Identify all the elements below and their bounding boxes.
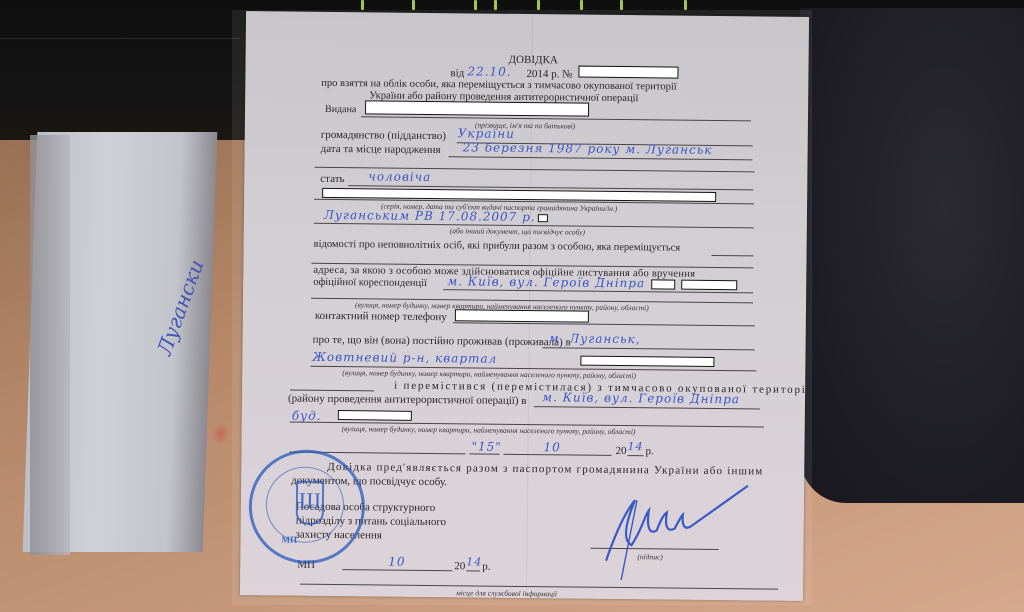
residence-caption: (вулиця, номер будинку, номер квартири, … (342, 368, 636, 380)
move-date-r: р. (645, 445, 653, 457)
certificate-document: ДОВІДКА від 22.10. 2014 р. № про взяття … (240, 11, 809, 601)
keyboard-led (620, 0, 623, 10)
move-day-line (469, 453, 499, 454)
citizenship-label: громадянство (підданство) (321, 129, 446, 142)
keyboard-led (537, 0, 540, 10)
birth-label: дата та місце народження (321, 143, 441, 156)
trident-icon: Ш (296, 481, 324, 525)
redacted-moved-address (338, 410, 412, 421)
stamp-label: МП (281, 534, 297, 544)
keyboard-edge (0, 38, 240, 39)
signature-icon (596, 470, 757, 582)
move-year-line (627, 455, 643, 456)
issued-label: Видана (325, 104, 356, 115)
residence-line (543, 347, 755, 350)
birth-value: 23 березня 1987 року м. Луганськ (463, 140, 713, 157)
sign-date-year-prefix: 20 (454, 560, 465, 572)
phone-line (453, 322, 755, 326)
issue-year: 2014 р. № (526, 68, 572, 80)
move-date-day: "15" (471, 439, 501, 453)
phone-label: контактний номер телефону (315, 310, 447, 323)
moved-date-line (290, 390, 374, 392)
moved-caption: (вулиця, номер будинку, номер квартири, … (342, 424, 636, 436)
keyboard-led (412, 0, 415, 10)
redacted-digit (538, 214, 548, 222)
address-label-line-2: офіційної кореспонденції (313, 277, 427, 289)
other-doc-caption: (або інший документ, що посвідчує особу) (450, 226, 585, 236)
keyboard-led (474, 0, 477, 10)
move-date-year-prefix: 20 (615, 445, 626, 457)
residence-value-line-2: Жовтневий р-н, квартал (312, 350, 497, 366)
redacted-residence (580, 356, 714, 367)
keyboard-led (361, 0, 364, 10)
ink-stain (212, 423, 230, 445)
move-date-month: 10 (543, 440, 560, 454)
minors-label: відомості про неповнолітніх осіб, які пр… (314, 239, 681, 254)
sign-date-r: р. (482, 561, 490, 573)
redacted-name (365, 100, 589, 116)
back-paper-fold (30, 135, 70, 555)
residence-value-line-1: м. Луганськ, (549, 331, 641, 346)
redacted-building (651, 279, 675, 289)
move-date-year-suffix: 14 (627, 440, 643, 453)
sign-year-line (466, 570, 480, 571)
passport-issuer: Луганським РВ 17.08.2007 р. (324, 208, 536, 224)
move-month-line (503, 454, 611, 456)
sign-month-line (342, 569, 452, 571)
sex-label: стать (320, 173, 344, 185)
moved-label-line-2: (району проведення антитерористичної опе… (288, 393, 527, 407)
keyboard-led (580, 0, 583, 10)
date-prefix: від (450, 67, 464, 79)
sex-value: чоловіча (368, 169, 431, 184)
moved-value-line-1: м. Київ, вул. Героїв Дніпра (542, 390, 740, 406)
mousepad (800, 8, 1024, 503)
redacted-phone (455, 309, 589, 322)
document-title: ДОВІДКА (509, 54, 558, 67)
moved-line (534, 406, 760, 409)
service-caption: місце для службової інформації (456, 588, 557, 598)
citizenship-value: України (458, 126, 515, 141)
keyboard-led (684, 0, 687, 10)
keyboard-led (494, 0, 497, 10)
issue-date-handwritten: 22.10. (467, 64, 511, 78)
residence-label: про те, що він (вона) постійно проживав … (313, 334, 571, 349)
minors-line (712, 255, 754, 256)
redacted-number (578, 66, 678, 79)
official-stamp: Ш МП (248, 449, 365, 564)
redacted-apartment (681, 280, 737, 291)
sign-date-month: 10 (388, 555, 405, 569)
address-value: м. Київ, вул. Героїв Дніпра (447, 274, 645, 290)
sign-date-year-suffix: 14 (466, 555, 482, 568)
